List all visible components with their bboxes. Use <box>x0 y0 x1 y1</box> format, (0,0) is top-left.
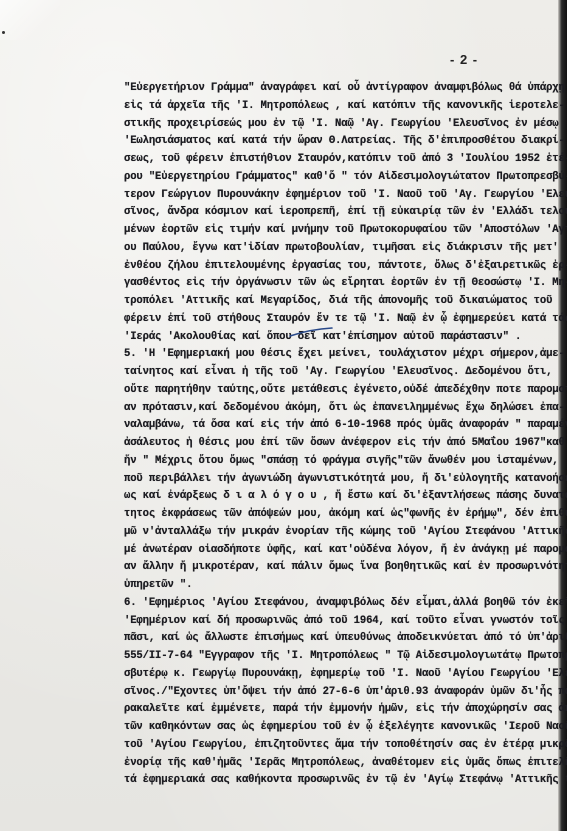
text-line: τροπόλει 'Αττικῆς καί Μεγαρίδος, διά τῆς… <box>124 293 554 311</box>
text-line: μέ ἀνωτέραν οἱασδήποτε ὑφῆς, καί κατ'οὐδ… <box>124 542 554 560</box>
text-line: 555/ΙΙ-7-64 "Εγγραφον τῆς 'Ι. Μητροπόλεω… <box>124 648 554 666</box>
text-line: "Εὐεργετήριον Γράμμα" ἀναγράφει καί οὗ ἀ… <box>124 80 554 98</box>
text-line: ἐνορίᾳ τῆς καθ'ἡμᾶς 'Ιερᾶς Μητροπόλεως, … <box>124 755 554 773</box>
text-line: ως καί ἐνάρξεως δ ι α λ ό γ ο υ , ἤ ἔστω… <box>124 488 554 506</box>
text-line: γασθέντος εἰς τήν ὀργάνωσιν τῶν ὡς εἴρητ… <box>124 275 554 293</box>
text-line: τῶν καθηκόντων σας ὡς ἐφημερίου τοῦ ἐν ᾧ… <box>124 719 554 737</box>
text-line: ναλαμβάνω, τά ὅσα καί εἰς τήν ἀπό 6-10-1… <box>124 417 554 435</box>
text-line: στικῆς προχειρίσεώς μου ἐν τῷ 'Ι. Ναῷ 'Α… <box>124 116 554 134</box>
text-line: σβυτέρῳ κ. Γεωργίῳ Πυρουνάκῃ, ἐφημερίῳ τ… <box>124 666 554 684</box>
text-line: τερον Γεώργιον Πυρουνάκην ἐφημέριον τοῦ … <box>124 187 554 205</box>
document-page: - 2 - "Εὐεργετήριον Γράμμα" ἀναγράφει κα… <box>0 0 567 831</box>
text-line: φέρειν ἐπί τοῦ στήθους Σταυρόν ἔν τε τῷ … <box>124 311 554 329</box>
page-number: - 2 - <box>450 52 478 67</box>
text-line: τά ἐφημεριακά σας καθήκοντα προσωρινῶς ἐ… <box>124 772 554 790</box>
text-line: 'Εωλησιάσματος καί κατά τήν ὥραν Θ.Λατρε… <box>124 133 554 151</box>
text-line: σῖνος./"Εχοντες ὑπ'ὄψει τήν ἀπό 27-6-6 ὑ… <box>124 684 554 702</box>
text-line: ἀσάλευτος ἡ θέσις μου ἐπί τῶν ὅσων ἀνέφε… <box>124 435 554 453</box>
text-line: σεως, τοῦ φέρειν ἐπιστήθιον Σταυρόν,κατό… <box>124 151 554 169</box>
text-line: 'Εφημέριον καί δή προσωρινῶς ἀπό τοῦ 196… <box>124 613 554 631</box>
text-line: ἐνθέου ζήλου ἐπιτελουμένης ἐργασίας του,… <box>124 258 554 276</box>
handwritten-pen-mark-icon <box>288 326 334 338</box>
text-line: μῶ ν'ἀνταλλάξω τήν μικράν ἐνορίαν τῆς κώ… <box>124 524 554 542</box>
text-line: τητος ἐκφράσεως τῶν ἀπόψεών μου, ἀκόμη κ… <box>124 506 554 524</box>
text-line: τοῦ 'Αγίου Γεωργίου, ἐπιζητοῦντες ἅμα τή… <box>124 737 554 755</box>
text-line: μένων ἑορτῶν εἰς τιμήν καί μνήμην τοῦ Πρ… <box>124 222 554 240</box>
typewritten-body: "Εὐεργετήριον Γράμμα" ἀναγράφει καί οὗ ἀ… <box>124 80 554 790</box>
text-line: ρακαλεῖτε καί ἐμμένετε, παρά τήν ἐμμονήν… <box>124 701 554 719</box>
text-line: ἥν " Μέχρις ὅτου ὅμως "σπάσῃ τό φράγμα σ… <box>124 453 554 471</box>
text-line: ου Παύλου, ἔγνω κατ'ἰδίαν πρωτοβουλίαν, … <box>124 240 554 258</box>
text-line: 5. 'Η 'Εφημεριακή μου θέσις ἔχει μείνει,… <box>124 346 554 364</box>
text-line: εἰς τά ἀρχεῖα τῆς 'Ι. Μητροπόλεως , καί … <box>124 98 554 116</box>
text-line: 'Ιεράς 'Ακολουθίας καί ὅπου δεῖ κατ'ἐπίσ… <box>124 329 554 347</box>
text-line: ταίνητος καί εἶναι ἡ τῆς τοῦ 'Αγ. Γεωργί… <box>124 364 554 382</box>
text-line: ποῦ περιβάλλει τήν ἀγωνιώδη ἀγωνιστικότη… <box>124 471 554 489</box>
text-line: 6. 'Εφημέριος 'Αγίου Στεφάνου, ἀναμφιβόλ… <box>124 595 554 613</box>
margin-mark <box>2 31 5 34</box>
text-line: αν πρότασιν,καί δεδομένου ἀκόμη, ὅτι ὡς … <box>124 400 554 418</box>
text-line: αν ἄλλην ἤ μικροτέραν, καί πάλιν ὅμως ἵν… <box>124 559 554 577</box>
text-line: πᾶσι, καί ὡς ἄλλωστε ἐπισήμως καί ὑπευθύ… <box>124 630 554 648</box>
paper-fold-highlight <box>0 0 60 40</box>
text-line: σῖνος, ἄνδρα κόσμιον καί ἱεροπρεπῆ, ἐπί … <box>124 204 554 222</box>
text-line: οὔτε παρητήθην ταύτης,οὔτε μετάθεσις ἐγέ… <box>124 382 554 400</box>
text-line: ρου "Εὐεργετηρίου Γράμματος" καθ'ὅ " τόν… <box>124 169 554 187</box>
text-line: ὑπηρετῶν ". <box>124 577 554 595</box>
